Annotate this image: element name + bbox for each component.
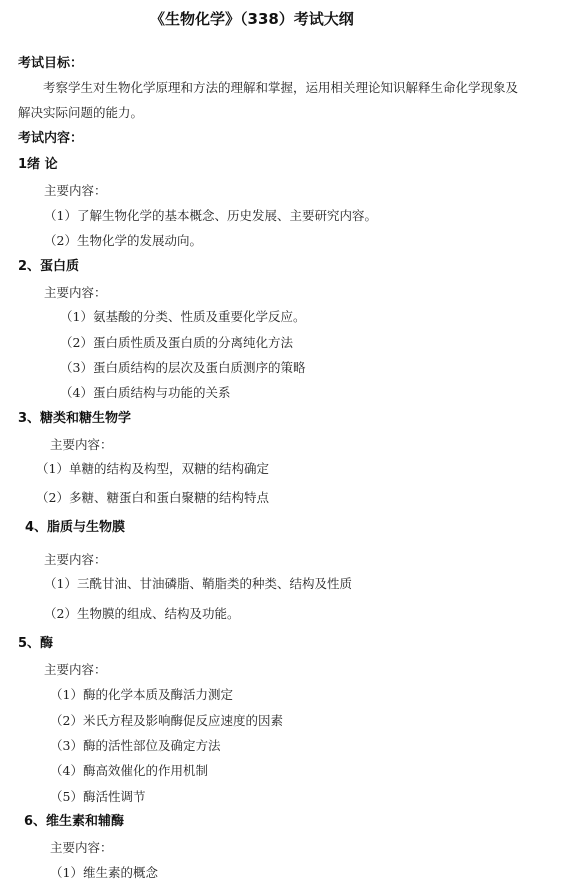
list-item: （1）了解生物化学的基本概念、历史发展、主要研究内容。 [44,208,377,224]
list-item: （1）单糖的结构及构型，双糖的结构确定 [36,461,269,477]
goal-heading: 考试目标： [18,56,83,72]
goal-text-line-1: 考察学生对生物化学原理和方法的理解和掌握，运用相关理论知识解释生命化学现象及 [43,80,518,96]
list-item: （5）酶活性调节 [50,789,145,805]
section-heading: 2、蛋白质 [18,259,79,275]
list-item: （2）多糖、糖蛋白和蛋白聚糖的结构特点 [36,490,269,506]
section-subheading: 主要内容： [44,552,107,568]
goal-text-line-2: 解决实际问题的能力。 [18,105,143,121]
list-item: （1）维生素的概念 [50,865,158,881]
list-item: （2）米氏方程及影响酶促反应速度的因素 [50,713,283,729]
list-item: （4）蛋白质结构与功能的关系 [60,385,230,401]
section-heading: 5、酶 [18,636,53,652]
list-item: （2）生物化学的发展动向。 [44,233,202,249]
list-item: （1）氨基酸的分类、性质及重要化学反应。 [60,309,305,325]
list-item: （2）蛋白质性质及蛋白质的分离纯化方法 [60,335,293,351]
section-heading: 1绪 论 [18,157,58,173]
section-subheading: 主要内容： [44,183,107,199]
section-heading: 3、糖类和糖生物学 [18,411,131,427]
section-subheading: 主要内容： [44,285,107,301]
section-subheading: 主要内容： [44,662,107,678]
document-title: 《生物化学》（338）考试大纲 [150,11,354,27]
section-heading: 4、脂质与生物膜 [25,520,125,536]
list-item: （4）酶高效催化的作用机制 [50,763,208,779]
list-item: （2）生物膜的组成、结构及功能。 [44,606,239,622]
list-item: （3）酶的活性部位及确定方法 [50,738,220,754]
section-subheading: 主要内容： [50,437,113,453]
list-item: （3）蛋白质结构的层次及蛋白质测序的策略 [60,360,305,376]
section-subheading: 主要内容： [50,840,113,856]
section-heading: 6、维生素和辅酶 [24,814,124,830]
list-item: （1）酶的化学本质及酶活力测定 [50,687,233,703]
list-item: （1）三酰甘油、甘油磷脂、鞘脂类的种类、结构及性质 [44,576,352,592]
content-heading: 考试内容： [18,131,83,147]
